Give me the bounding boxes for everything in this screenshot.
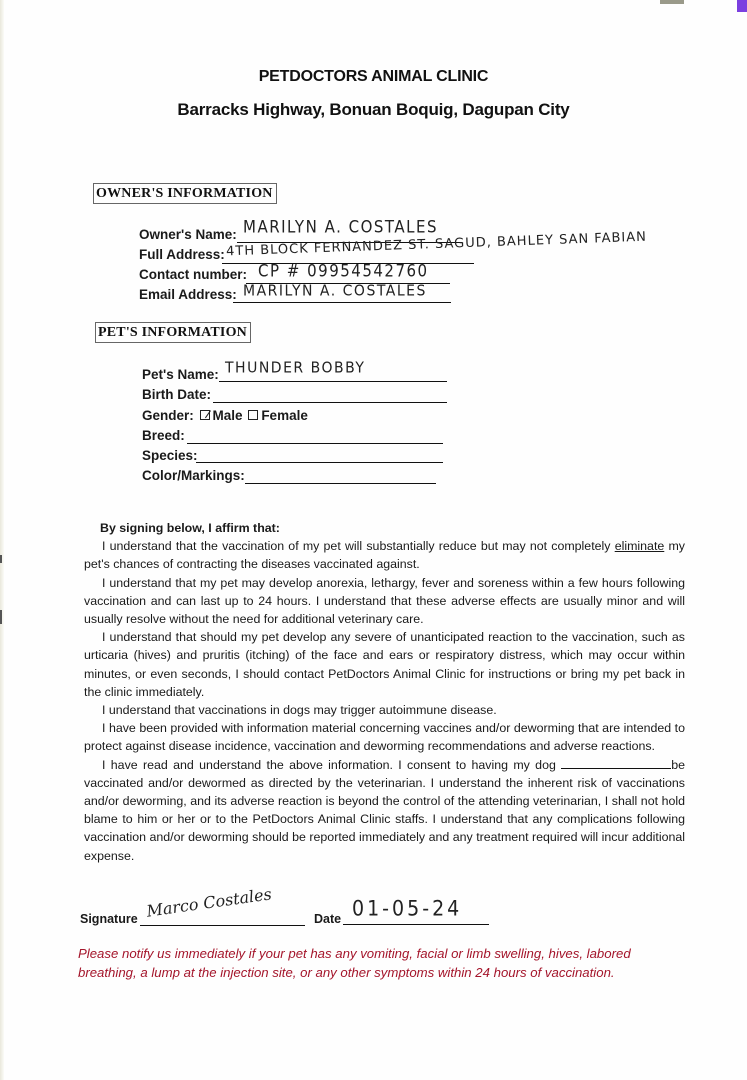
- dog-name-blank[interactable]: [561, 758, 671, 769]
- female-option-label: Female: [261, 408, 308, 423]
- date-field[interactable]: 01-05-24: [352, 897, 462, 921]
- owner-section-title: OWNER'S INFORMATION: [93, 183, 277, 204]
- post-vaccination-notice: Please notify us immediately if your pet…: [78, 944, 678, 982]
- breed-field[interactable]: [187, 443, 443, 444]
- color-markings-field[interactable]: [245, 483, 436, 484]
- scan-mark: [0, 610, 2, 624]
- male-option-label: Male: [213, 408, 243, 423]
- male-checkbox[interactable]: [200, 410, 210, 420]
- species-label: Species:: [142, 448, 198, 463]
- gender-group: Gender: Male Female: [142, 408, 308, 423]
- pet-name-line: [219, 381, 447, 382]
- clinic-address: Barracks Highway, Bonuan Boquig, Dagupan…: [0, 100, 747, 120]
- affirmation-heading: By signing below, I affirm that:: [100, 519, 685, 537]
- contact-number-label: Contact number:: [139, 267, 247, 282]
- affirmation-text: By signing below, I affirm that: I under…: [84, 519, 685, 865]
- signature-label: Signature: [80, 912, 138, 926]
- signature-line: [140, 925, 305, 926]
- contact-number-field[interactable]: CP # 09954542760: [258, 261, 429, 281]
- email-address-field[interactable]: MARILYN A. COSTALES: [243, 282, 427, 300]
- signature-field[interactable]: Marco Costales: [145, 884, 273, 920]
- date-line: [343, 924, 489, 925]
- consent-paragraph: I have read and understand the above inf…: [84, 756, 685, 865]
- birth-date-field[interactable]: [213, 402, 447, 403]
- scan-corner-label: [660, 0, 684, 4]
- female-checkbox[interactable]: [248, 410, 258, 420]
- email-address-line: [233, 302, 451, 303]
- affirmation-paragraph: I understand that should my pet develop …: [84, 628, 685, 701]
- scan-mark: [0, 555, 2, 563]
- scan-edge: [0, 0, 4, 1080]
- eliminate-underlined: eliminate: [615, 539, 665, 553]
- pet-section-title: PET'S INFORMATION: [95, 322, 251, 343]
- scan-corner-tab: [737, 0, 747, 12]
- email-address-label: Email Address:: [139, 287, 237, 302]
- breed-label: Breed:: [142, 428, 185, 443]
- affirmation-paragraph: I have been provided with information ma…: [84, 719, 685, 755]
- owner-name-label: Owner's Name:: [139, 227, 237, 242]
- species-field[interactable]: [196, 462, 443, 463]
- color-markings-label: Color/Markings:: [142, 468, 245, 483]
- owner-name-field[interactable]: MARILYN A. COSTALES: [243, 217, 438, 237]
- pet-name-field[interactable]: THUNDER BOBBY: [225, 359, 365, 377]
- gender-label: Gender:: [142, 408, 194, 423]
- affirmation-paragraph: I understand that the vaccination of my …: [84, 537, 685, 573]
- affirmation-paragraph: I understand that my pet may develop ano…: [84, 574, 685, 629]
- date-label: Date: [314, 912, 341, 926]
- full-address-label: Full Address:: [139, 247, 225, 262]
- birth-date-label: Birth Date:: [142, 387, 211, 402]
- clinic-name: PETDOCTORS ANIMAL CLINIC: [0, 68, 747, 86]
- affirmation-paragraph: I understand that vaccinations in dogs m…: [84, 701, 685, 719]
- pet-name-label: Pet's Name:: [142, 367, 219, 382]
